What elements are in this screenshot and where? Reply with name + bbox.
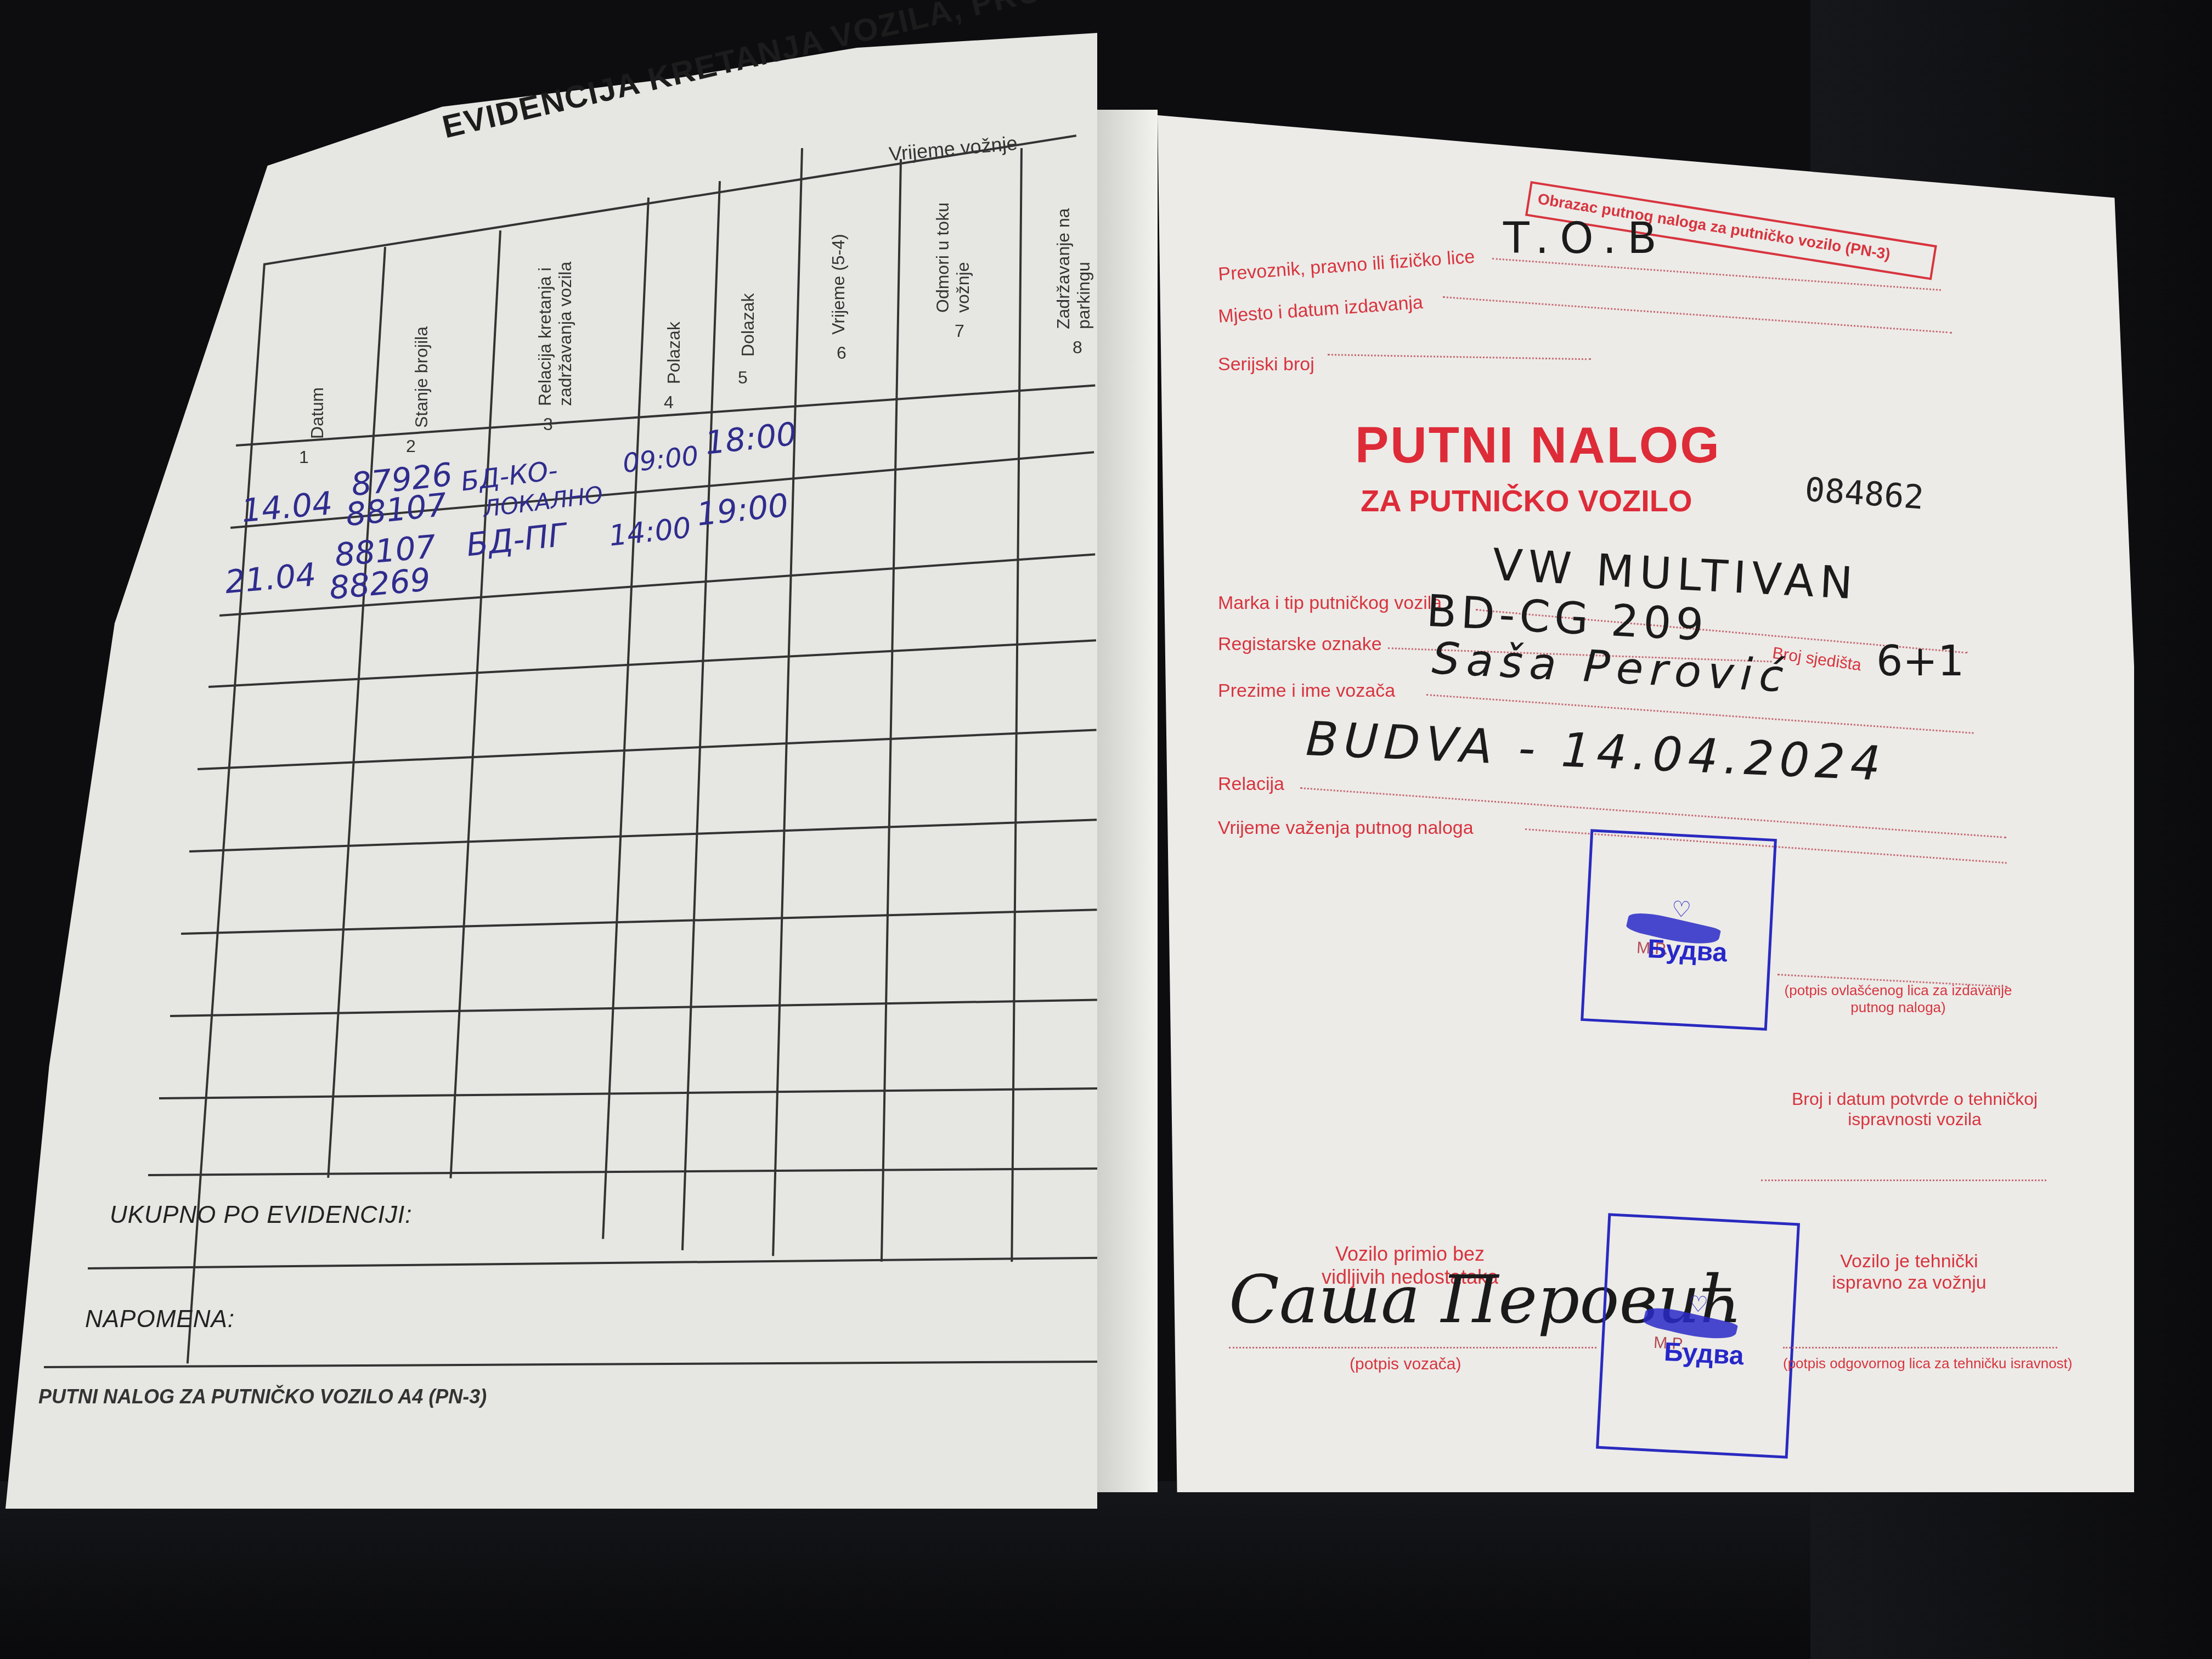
registarske-label: Registarske oznake bbox=[1218, 634, 1382, 655]
potpis-odgovornog-label: (potpis odgovornog lica za tehničku isra… bbox=[1783, 1355, 2073, 1372]
col-header-relacija: Relacija kretanja i zadržavanja vozila bbox=[535, 208, 575, 406]
book-gutter bbox=[1097, 110, 1158, 1492]
row1-datum: 14.04 bbox=[240, 484, 334, 529]
col-num-7: 7 bbox=[955, 321, 964, 341]
col-header-vrijeme: Vrijeme (5-4) bbox=[828, 234, 849, 335]
col-num-3: 3 bbox=[543, 414, 553, 435]
official-stamp-2: ♡ M.P. Будва bbox=[1596, 1213, 1800, 1459]
broj-sjedista-value: 6+1 bbox=[1876, 636, 1964, 685]
col-num-8: 8 bbox=[1073, 337, 1082, 358]
col-header-datum: Datum bbox=[307, 387, 328, 439]
col-header-zadrzavanje: Zadržavanje na parkingu bbox=[1053, 181, 1094, 329]
col-num-2: 2 bbox=[406, 436, 416, 456]
serijski-broj-label: Serijski broj bbox=[1218, 354, 1314, 375]
potpis-vozaca-label: (potpis vozača) bbox=[1350, 1355, 1461, 1374]
broj-datum-potvrde-label: Broj i datum potvrde o tehničkoj ispravn… bbox=[1788, 1089, 2041, 1130]
serial-number: 084862 bbox=[1804, 471, 1925, 517]
potpis-ovlascenog-label: (potpis ovlašćenog lica za izdavanje put… bbox=[1783, 982, 2013, 1016]
vozac-label: Prezime i ime vozača bbox=[1218, 680, 1395, 702]
col-header-odmori: Odmori u toku vožnje bbox=[933, 181, 973, 313]
col-header-stanje-brojila: Stanje brojila bbox=[411, 326, 432, 428]
ukupno-label: UKUPNO PO EVIDENCIJI: bbox=[110, 1201, 413, 1229]
row2-datum: 21.04 bbox=[223, 556, 317, 601]
official-stamp-1: ♡ M.P. Будва bbox=[1581, 829, 1777, 1030]
vozilo-ispravno-label: Vozilo je tehnički ispravno za vožnju bbox=[1805, 1251, 2013, 1294]
putni-nalog-subtitle: ZA PUTNIČKO VOZILO bbox=[1361, 483, 1692, 518]
marka-label: Marka i tip putničkog vozila bbox=[1218, 592, 1442, 614]
putni-nalog-title: PUTNI NALOG bbox=[1355, 417, 1721, 475]
prevoznik-value: T.O.B bbox=[1503, 214, 1668, 263]
col-header-polazak: Polazak bbox=[664, 321, 684, 384]
col-num-5: 5 bbox=[738, 368, 748, 388]
napomena-label: NAPOMENA: bbox=[85, 1306, 235, 1333]
col-num-1: 1 bbox=[299, 447, 309, 467]
relacija-label: Relacija bbox=[1218, 774, 1284, 795]
stamp-city: Будва bbox=[1647, 934, 1728, 968]
stamp-city: Будва bbox=[1663, 1337, 1745, 1372]
vrijeme-vazenja-label: Vrijeme važenja putnog naloga bbox=[1218, 817, 1474, 839]
col-num-4: 4 bbox=[664, 392, 674, 413]
col-num-6: 6 bbox=[837, 343, 847, 363]
col-header-dolazak: Dolazak bbox=[738, 293, 758, 357]
form-code-footer: PUTNI NALOG ZA PUTNIČKO VOZILO A4 (PN-3) bbox=[38, 1385, 487, 1408]
